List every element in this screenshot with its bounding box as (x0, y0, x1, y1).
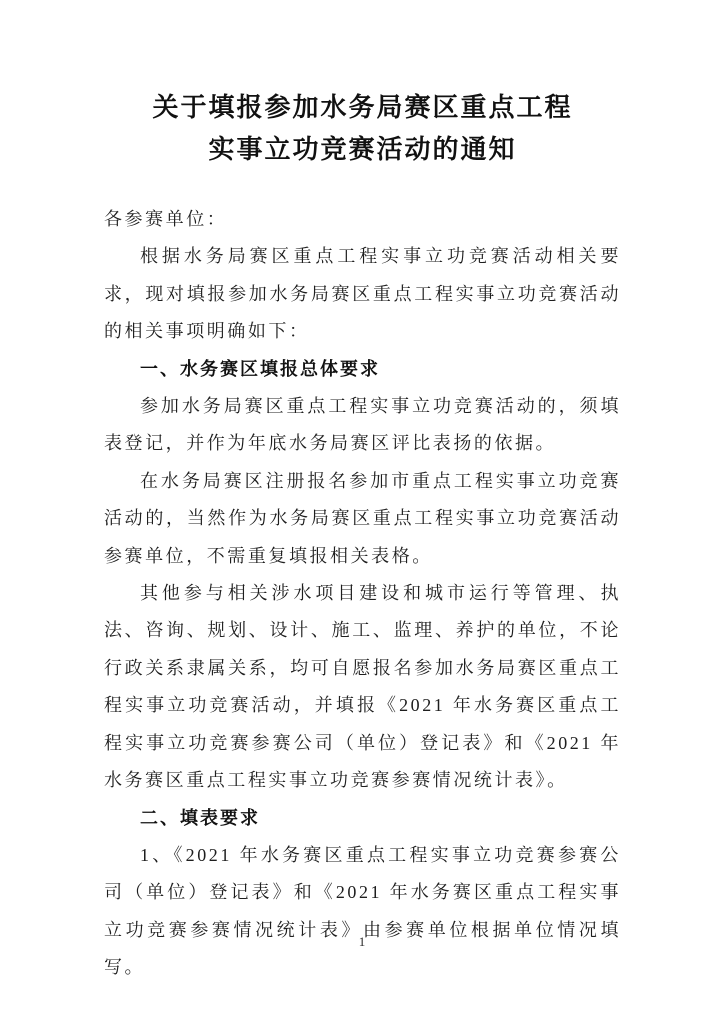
page-number: 1 (0, 934, 724, 950)
document-content: 关于填报参加水务局赛区重点工程 实事立功竞赛活动的通知 各参赛单位：根据水务局赛… (104, 86, 621, 987)
section-heading: 一、水务赛区填报总体要求 (104, 351, 621, 388)
document-title: 关于填报参加水务局赛区重点工程 实事立功竞赛活动的通知 (104, 86, 621, 170)
document-title-line-2: 实事立功竞赛活动的通知 (208, 134, 516, 164)
salutation-line: 各参赛单位： (104, 201, 621, 238)
body-paragraph: 在水务局赛区注册报名参加市重点工程实事立功竞赛活动的，当然作为水务局赛区重点工程… (104, 463, 621, 575)
notice-document-page: 关于填报参加水务局赛区重点工程 实事立功竞赛活动的通知 各参赛单位：根据水务局赛… (0, 0, 724, 1024)
body-paragraph: 其他参与相关涉水项目建设和城市运行等管理、执法、咨询、规划、设计、施工、监理、养… (104, 575, 621, 799)
section-heading: 二、填表要求 (104, 800, 621, 837)
document-title-line-1: 关于填报参加水务局赛区重点工程 (152, 92, 572, 122)
body-paragraph: 根据水务局赛区重点工程实事立功竞赛活动相关要求，现对填报参加水务局赛区重点工程实… (104, 238, 621, 350)
document-body: 各参赛单位：根据水务局赛区重点工程实事立功竞赛活动相关要求，现对填报参加水务局赛… (104, 201, 621, 987)
body-paragraph: 1、《2021 年水务赛区重点工程实事立功竞赛参赛公司（单位）登记表》和《202… (104, 837, 621, 987)
body-paragraph: 参加水务局赛区重点工程实事立功竞赛活动的，须填表登记，并作为年底水务局赛区评比表… (104, 388, 621, 463)
